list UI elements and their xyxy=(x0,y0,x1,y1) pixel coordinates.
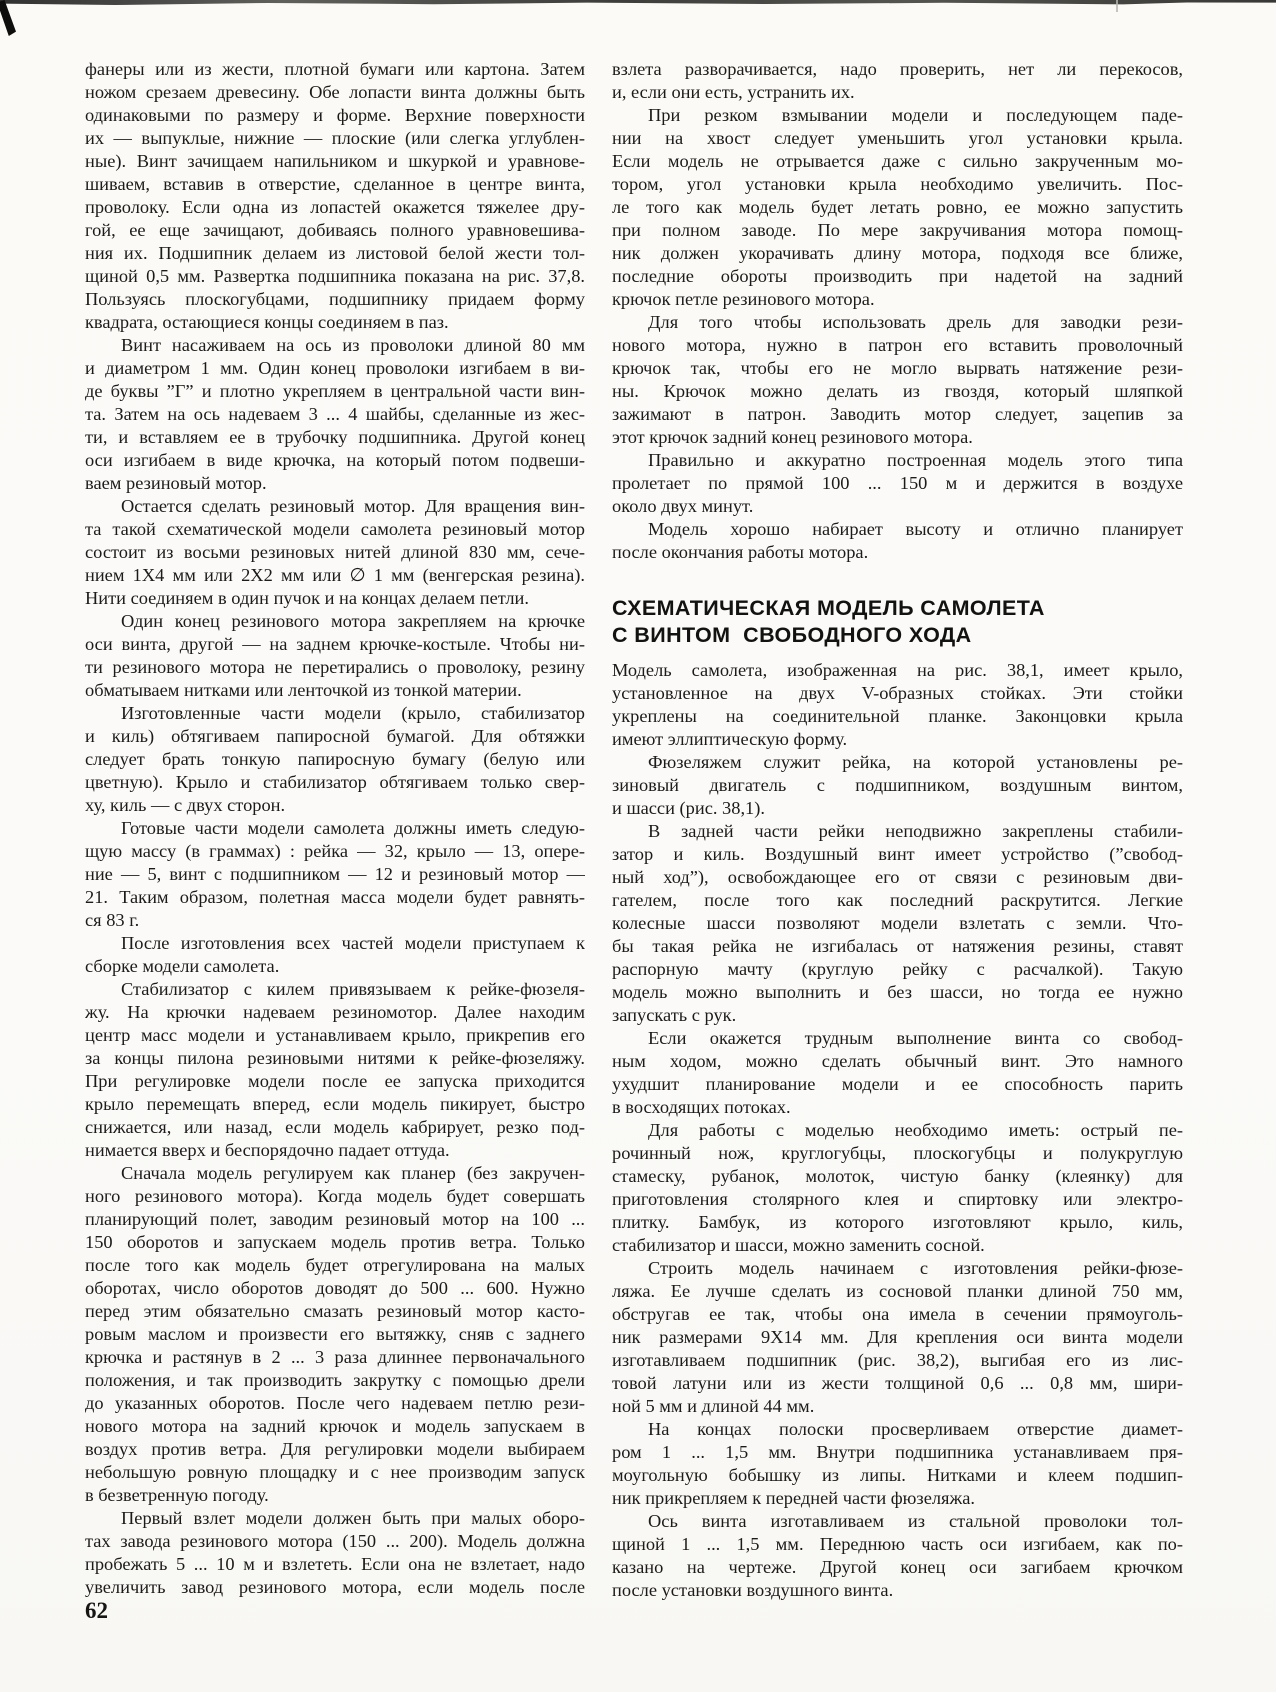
text-line: Стабилизатор с килем привязываем к рейке… xyxy=(85,978,585,1001)
text-line: проволоку. Если одна из лопастей окажетс… xyxy=(85,196,585,219)
text-line: гателем, после того как последний раскру… xyxy=(612,889,1183,912)
text-line: в безветренную погоду. xyxy=(85,1484,585,1507)
text-line: нового мотора на задний крючок и модель … xyxy=(85,1415,585,1438)
text-line: щиной 1 ... 1,5 мм. Переднюю часть оси и… xyxy=(612,1533,1183,1556)
text-line: следует брать тонкую папиросную бумагу (… xyxy=(85,748,585,771)
book-page: фанеры или из жести, плотной бумаги или … xyxy=(0,0,1276,1692)
text-line: увеличить завод резинового мотора, если … xyxy=(85,1576,585,1599)
text-line: ник прикрепляем к передней части фюзеляж… xyxy=(612,1487,1183,1510)
text-line: тах завода резинового мотора (150 ... 20… xyxy=(85,1530,585,1553)
text-line: фанеры или из жести, плотной бумаги или … xyxy=(85,58,585,81)
text-line: центр масс модели и устанавливаем крыло,… xyxy=(85,1024,585,1047)
text-line: около двух минут. xyxy=(612,495,1183,518)
text-line: ваем резиновый мотор. xyxy=(85,472,585,495)
text-line: После изготовления всех частей модели пр… xyxy=(85,932,585,955)
text-line: зиновый двигатель с подшипником, воздушн… xyxy=(612,774,1183,797)
text-line: Пользуясь плоскогубцами, подшипнику прид… xyxy=(85,288,585,311)
text-line: и шасси (рис. 38,1). xyxy=(612,797,1183,820)
text-line: состоит из восьми резиновых нитей длиной… xyxy=(85,541,585,564)
text-line: пробежать 5 ... 10 м и взлететь. Если он… xyxy=(85,1553,585,1576)
text-line: ти, и вставляем ее в трубочку подшипника… xyxy=(85,426,585,449)
text-line: нового мотора, нужно в патрон его встави… xyxy=(612,334,1183,357)
text-line: ром 1 ... 1,5 мм. Внутри подшипника уста… xyxy=(612,1441,1183,1464)
text-line: запускать с рук. xyxy=(612,1004,1183,1027)
text-line: перед этим обязательно смазать резиновый… xyxy=(85,1300,585,1323)
text-line: плитку. Бамбук, из которого изготовляют … xyxy=(612,1211,1183,1234)
text-line: Если окажется трудным выполнение винта с… xyxy=(612,1027,1183,1050)
text-line: затор и киль. Воздушный винт имеет устро… xyxy=(612,843,1183,866)
text-line: Для того чтобы использовать дрель для за… xyxy=(612,311,1183,334)
text-line: Для работы с моделью необходимо иметь: о… xyxy=(612,1119,1183,1142)
text-line: При регулировке модели после ее запуска … xyxy=(85,1070,585,1093)
text-line: ник должен укорачивать длину мотора, под… xyxy=(612,242,1183,265)
text-line: положения, и так производить закрутку с … xyxy=(85,1369,585,1392)
text-line: Правильно и аккуратно построенная модель… xyxy=(612,449,1183,472)
text-line: 150 оборотов и запускаем модель против в… xyxy=(85,1231,585,1254)
text-line: квадрата, остающиеся концы соединяем в п… xyxy=(85,311,585,334)
section-heading-line1: СХЕМАТИЧЕСКАЯ МОДЕЛЬ САМОЛЕТА xyxy=(612,595,1183,622)
text-line: Сначала модель регулируем как планер (бе… xyxy=(85,1162,585,1185)
text-line: последние обороты производить при надето… xyxy=(612,265,1183,288)
text-line: ные). Винт зачищаем напильником и шкурко… xyxy=(85,150,585,173)
text-line: казано на чертеже. Другой конец оси заги… xyxy=(612,1556,1183,1579)
text-line: ху, киль — с двух сторон. xyxy=(85,794,585,817)
text-line: та. Затем на ось надеваем 3 ... 4 шайбы,… xyxy=(85,403,585,426)
text-line: после установки воздушного винта. xyxy=(612,1579,1183,1602)
text-line: модель можно выполнить и без шасси, но т… xyxy=(612,981,1183,1004)
text-line: крючок петле резинового мотора. xyxy=(612,288,1183,311)
text-line: щиной 0,5 мм. Развертка подшипника показ… xyxy=(85,265,585,288)
text-line: ной 5 мм и длиной 44 мм. xyxy=(612,1395,1183,1418)
text-line: небольшую ровную площадку и с нее произв… xyxy=(85,1461,585,1484)
text-line: ле того как модель будет летать ровно, е… xyxy=(612,196,1183,219)
text-line: приготовления столярного клея и спиртовк… xyxy=(612,1188,1183,1211)
text-line: ся 83 г. xyxy=(85,909,585,932)
text-line: ти резинового мотора не перетирались о п… xyxy=(85,656,585,679)
text-line: На концах полоски просверливаем отверсти… xyxy=(612,1418,1183,1441)
text-line: При резком взмывании модели и последующе… xyxy=(612,104,1183,127)
text-line: колесные шасси позволяют модели взлетать… xyxy=(612,912,1183,935)
text-line: распорную мачту (круглую рейку с расчалк… xyxy=(612,958,1183,981)
text-line: и, если они есть, устранить их. xyxy=(612,81,1183,104)
text-line: нимается вверх и беспорядочно падает отт… xyxy=(85,1139,585,1162)
text-line: планирующий полет, заводим резиновый мот… xyxy=(85,1208,585,1231)
text-line: зажимают в патрон. Заводить мотор следуе… xyxy=(612,403,1183,426)
text-line: изготавливаем подшипник (рис. 38,2), выг… xyxy=(612,1349,1183,1372)
text-line: гой, ее еще зачищают, добиваясь полного … xyxy=(85,219,585,242)
text-line: Готовые части модели самолета должны име… xyxy=(85,817,585,840)
text-line: Остается сделать резиновый мотор. Для вр… xyxy=(85,495,585,518)
text-line: укреплены на соединительной планке. Зако… xyxy=(612,705,1183,728)
text-line: Ось винта изготавливаем из стальной пров… xyxy=(612,1510,1183,1533)
text-line: нии на хвост следует уменьшить угол уста… xyxy=(612,127,1183,150)
text-line: ние — 5, винт с подшипником — 12 и резин… xyxy=(85,863,585,886)
text-line: воздух против ветра. Для регулировки мод… xyxy=(85,1438,585,1461)
text-line: пролетает по прямой 100 ... 150 м и держ… xyxy=(612,472,1183,495)
text-line: и киль) обтягиваем папиросной бумагой. Д… xyxy=(85,725,585,748)
text-line: ухудшит планирование модели и ее способн… xyxy=(612,1073,1183,1096)
text-line: крючка и растянув в 2 ... 3 раза длиннее… xyxy=(85,1346,585,1369)
text-line: тором, угол установки крыла необходимо у… xyxy=(612,173,1183,196)
text-line: 21. Таким образом, полетная масса модели… xyxy=(85,886,585,909)
text-line: В задней части рейки неподвижно закрепле… xyxy=(612,820,1183,843)
text-line: Один конец резинового мотора закрепляем … xyxy=(85,610,585,633)
text-line: моугольную бобышку из липы. Нитками и кл… xyxy=(612,1464,1183,1487)
text-line: в восходящих потоках. xyxy=(612,1096,1183,1119)
text-line: цветную). Крыло и стабилизатор обтягивае… xyxy=(85,771,585,794)
text-line: ный ход”), освобождающее его от связи с … xyxy=(612,866,1183,889)
text-line: при полном заводе. По мере закручивания … xyxy=(612,219,1183,242)
left-column: фанеры или из жести, плотной бумаги или … xyxy=(85,58,585,1599)
text-line: ного резинового мотора). Когда модель бу… xyxy=(85,1185,585,1208)
text-line: Модель хорошо набирает высоту и отлично … xyxy=(612,518,1183,541)
text-line: взлета разворачивается, надо проверить, … xyxy=(612,58,1183,81)
text-line: обматываем нитками или ленточкой из тонк… xyxy=(85,679,585,702)
text-line: ник размерами 9X14 мм. Для крепления оси… xyxy=(612,1326,1183,1349)
text-line: оборотах, число оборотов доводят до 500 … xyxy=(85,1277,585,1300)
text-line: ножом срезаем древесину. Обе лопасти вин… xyxy=(85,81,585,104)
text-line: оси изгибаем в виде крючка, на который п… xyxy=(85,449,585,472)
text-line: снижается, или назад, если модель кабрир… xyxy=(85,1116,585,1139)
text-line: Если модель не отрывается даже с сильно … xyxy=(612,150,1183,173)
text-line: та такой схематической модели самолета р… xyxy=(85,518,585,541)
text-line: их — выпуклые, нижние — плоские (или сле… xyxy=(85,127,585,150)
text-line: де буквы ”Г” и плотно укрепляем в центра… xyxy=(85,380,585,403)
text-line: и диаметром 1 мм. Один конец проволоки и… xyxy=(85,357,585,380)
scan-artifact-tick xyxy=(1116,0,1118,12)
text-line: Фюзеляжем служит рейка, на которой устан… xyxy=(612,751,1183,774)
text-line: Первый взлет модели должен быть при малы… xyxy=(85,1507,585,1530)
text-line: ляжа. Ее лучше сделать из сосновой планк… xyxy=(612,1280,1183,1303)
text-line: после окончания работы мотора. xyxy=(612,541,1183,564)
text-line: ровым маслом и произвести его вытяжку, с… xyxy=(85,1323,585,1346)
right-column: взлета разворачивается, надо проверить, … xyxy=(612,58,1183,1602)
text-line: сборке модели самолета. xyxy=(85,955,585,978)
text-line: крючок так, чтобы его не могло вырвать н… xyxy=(612,357,1183,380)
text-line: щую массу (в граммах) : рейка — 32, крыл… xyxy=(85,840,585,863)
text-line: шиваем, вставив в отверстие, сделанное в… xyxy=(85,173,585,196)
text-line: Модель самолета, изображенная на рис. 38… xyxy=(612,659,1183,682)
section-heading-line2: С ВИНТОМ СВОБОДНОГО ХОДА xyxy=(612,622,1183,649)
text-line: после того как модель будет отрегулирова… xyxy=(85,1254,585,1277)
text-line: товой латуни или из жести толщиной 0,6 .… xyxy=(612,1372,1183,1395)
text-line: стабилизатор и шасси, можно заменить сос… xyxy=(612,1234,1183,1257)
text-line: Нити соединяем в один пучок и на концах … xyxy=(85,587,585,610)
text-line: ния их. Подшипник делаем из листовой бел… xyxy=(85,242,585,265)
scan-artifact-corner-mark xyxy=(0,0,16,36)
text-line: Изготовленные части модели (крыло, стаби… xyxy=(85,702,585,725)
text-line: бы такая рейка не изгибалась от натяжени… xyxy=(612,935,1183,958)
text-line: ным ходом, можно сделать обычный винт. Э… xyxy=(612,1050,1183,1073)
text-line: имеют эллиптическую форму. xyxy=(612,728,1183,751)
text-line: обстругав ее так, чтобы она имела в сече… xyxy=(612,1303,1183,1326)
page-number: 62 xyxy=(85,1598,108,1624)
right-column-lower-text: Модель самолета, изображенная на рис. 38… xyxy=(612,659,1183,1602)
text-line: рочинный нож, круглогубцы, плоскогубцы и… xyxy=(612,1142,1183,1165)
text-line: стамеску, рубанок, молоток, чистую банку… xyxy=(612,1165,1183,1188)
text-line: за концы пилона резиновыми нитями к рейк… xyxy=(85,1047,585,1070)
text-line: крыло перемещать вперед, если модель пик… xyxy=(85,1093,585,1116)
text-line: до указанных оборотов. После чего надева… xyxy=(85,1392,585,1415)
scan-artifact-top-edge xyxy=(0,0,1276,7)
text-line: одинаковыми по размеру и форме. Верхние … xyxy=(85,104,585,127)
text-line: нием 1X4 мм или 2X2 мм или ∅ 1 мм (венге… xyxy=(85,564,585,587)
section-heading: СХЕМАТИЧЕСКАЯ МОДЕЛЬ САМОЛЕТА С ВИНТОМ С… xyxy=(612,595,1183,649)
text-line: ны. Крючок можно делать из гвоздя, котор… xyxy=(612,380,1183,403)
text-line: этот крючок задний конец резинового мото… xyxy=(612,426,1183,449)
text-line: оси винта, другой — на заднем крючке-кос… xyxy=(85,633,585,656)
text-line: Строить модель начинаем с изготовления р… xyxy=(612,1257,1183,1280)
right-column-upper-text: взлета разворачивается, надо проверить, … xyxy=(612,58,1183,564)
text-line: Винт насаживаем на ось из проволоки длин… xyxy=(85,334,585,357)
text-line: установленное на двух V-образных стойках… xyxy=(612,682,1183,705)
text-line: жу. На крючки надеваем резиномотор. Дале… xyxy=(85,1001,585,1024)
